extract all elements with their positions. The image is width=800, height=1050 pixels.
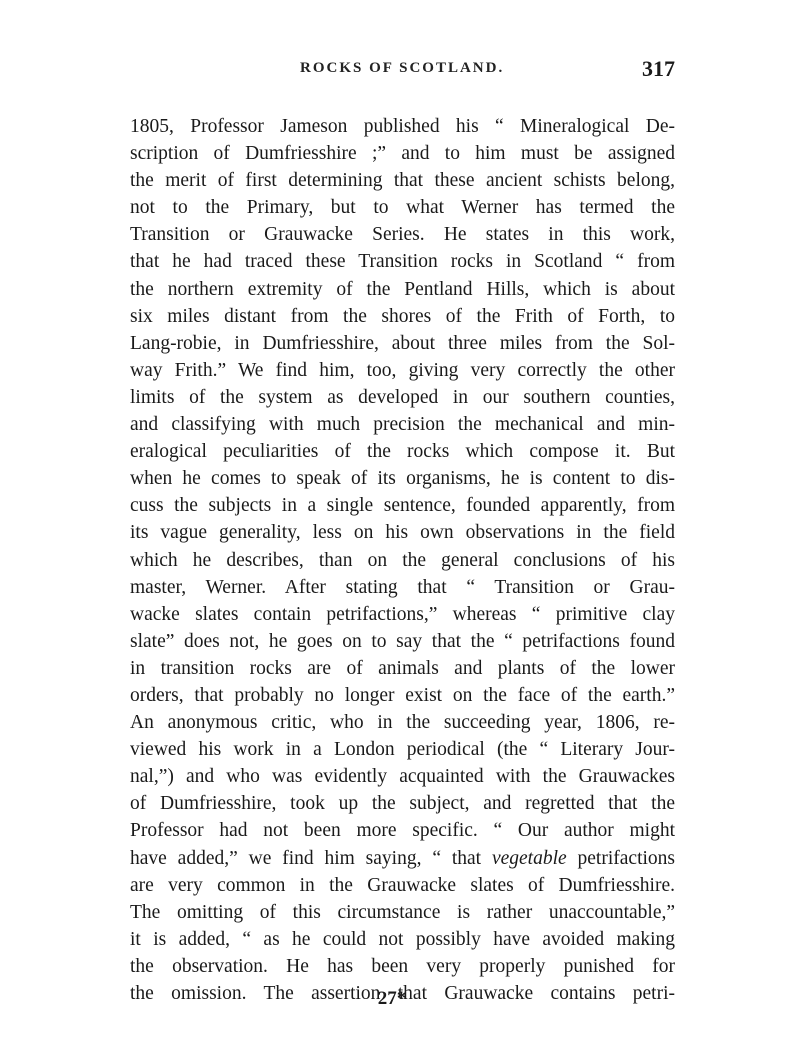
- text-line: in transition rocks are of animals and p…: [130, 655, 675, 682]
- text-line: 1805, Professor Jameson published his “ …: [130, 113, 675, 140]
- text-line-with-italic: have added,” we find him saying, “ that …: [130, 845, 675, 872]
- running-title: ROCKS OF SCOTLAND.: [300, 60, 504, 77]
- text-line: it is added, “ as he could not possibly …: [130, 926, 675, 953]
- text-line: slate” does not, he goes on to say that …: [130, 628, 675, 655]
- text-line: Transition or Grauwacke Series. He state…: [130, 221, 675, 248]
- text-line: master, Werner. After stating that “ Tra…: [130, 574, 675, 601]
- text-line: the northern extremity of the Pentland H…: [130, 276, 675, 303]
- text-line: Professor had not been more specific. “ …: [130, 817, 675, 844]
- text-line: orders, that probably no longer exist on…: [130, 682, 675, 709]
- page-number: 317: [642, 56, 675, 82]
- text-line: not to the Primary, but to what Werner h…: [130, 194, 675, 221]
- text-line: when he comes to speak of its organisms,…: [130, 465, 675, 492]
- text-segment: petrifactions: [567, 848, 675, 869]
- text-line: limits of the system as developed in our…: [130, 384, 675, 411]
- signature-mark: 27*: [0, 988, 800, 1010]
- text-line: The omitting of this circumstance is rat…: [130, 899, 675, 926]
- text-segment: have added,” we find him saying, “ that: [130, 848, 492, 869]
- text-line: six miles distant from the shores of the…: [130, 303, 675, 330]
- text-line: cuss the subjects in a single sentence, …: [130, 492, 675, 519]
- text-line: way Frith.” We find him, too, giving ver…: [130, 357, 675, 384]
- text-line: An anonymous critic, who in the succeedi…: [130, 709, 675, 736]
- text-line: eralogical peculiarities of the rocks wh…: [130, 438, 675, 465]
- text-line: scription of Dumfriesshire ;” and to him…: [130, 140, 675, 167]
- body-text: 1805, Professor Jameson published his “ …: [130, 113, 675, 1007]
- text-line: which he describes, than on the general …: [130, 547, 675, 574]
- text-line: its vague generality, less on his own ob…: [130, 519, 675, 546]
- italic-emphasis: vegetable: [492, 848, 567, 869]
- text-line: wacke slates contain petrifactions,” whe…: [130, 601, 675, 628]
- signature-text: 27*: [378, 988, 407, 1009]
- book-page: ROCKS OF SCOTLAND. 317 1805, Professor J…: [0, 0, 800, 1050]
- running-head: ROCKS OF SCOTLAND. 317: [130, 56, 675, 84]
- text-line: nal,”) and who was evidently acquainted …: [130, 763, 675, 790]
- text-line: and classifying with much precision the …: [130, 411, 675, 438]
- text-line: Lang-robie, in Dumfriesshire, about thre…: [130, 330, 675, 357]
- text-line: viewed his work in a London periodical (…: [130, 736, 675, 763]
- text-line: the merit of first determining that thes…: [130, 167, 675, 194]
- text-line: that he had traced these Transition rock…: [130, 248, 675, 275]
- text-line: of Dumfriesshire, took up the subject, a…: [130, 790, 675, 817]
- text-line: are very common in the Grauwacke slates …: [130, 872, 675, 899]
- text-line: the observation. He has been very proper…: [130, 953, 675, 980]
